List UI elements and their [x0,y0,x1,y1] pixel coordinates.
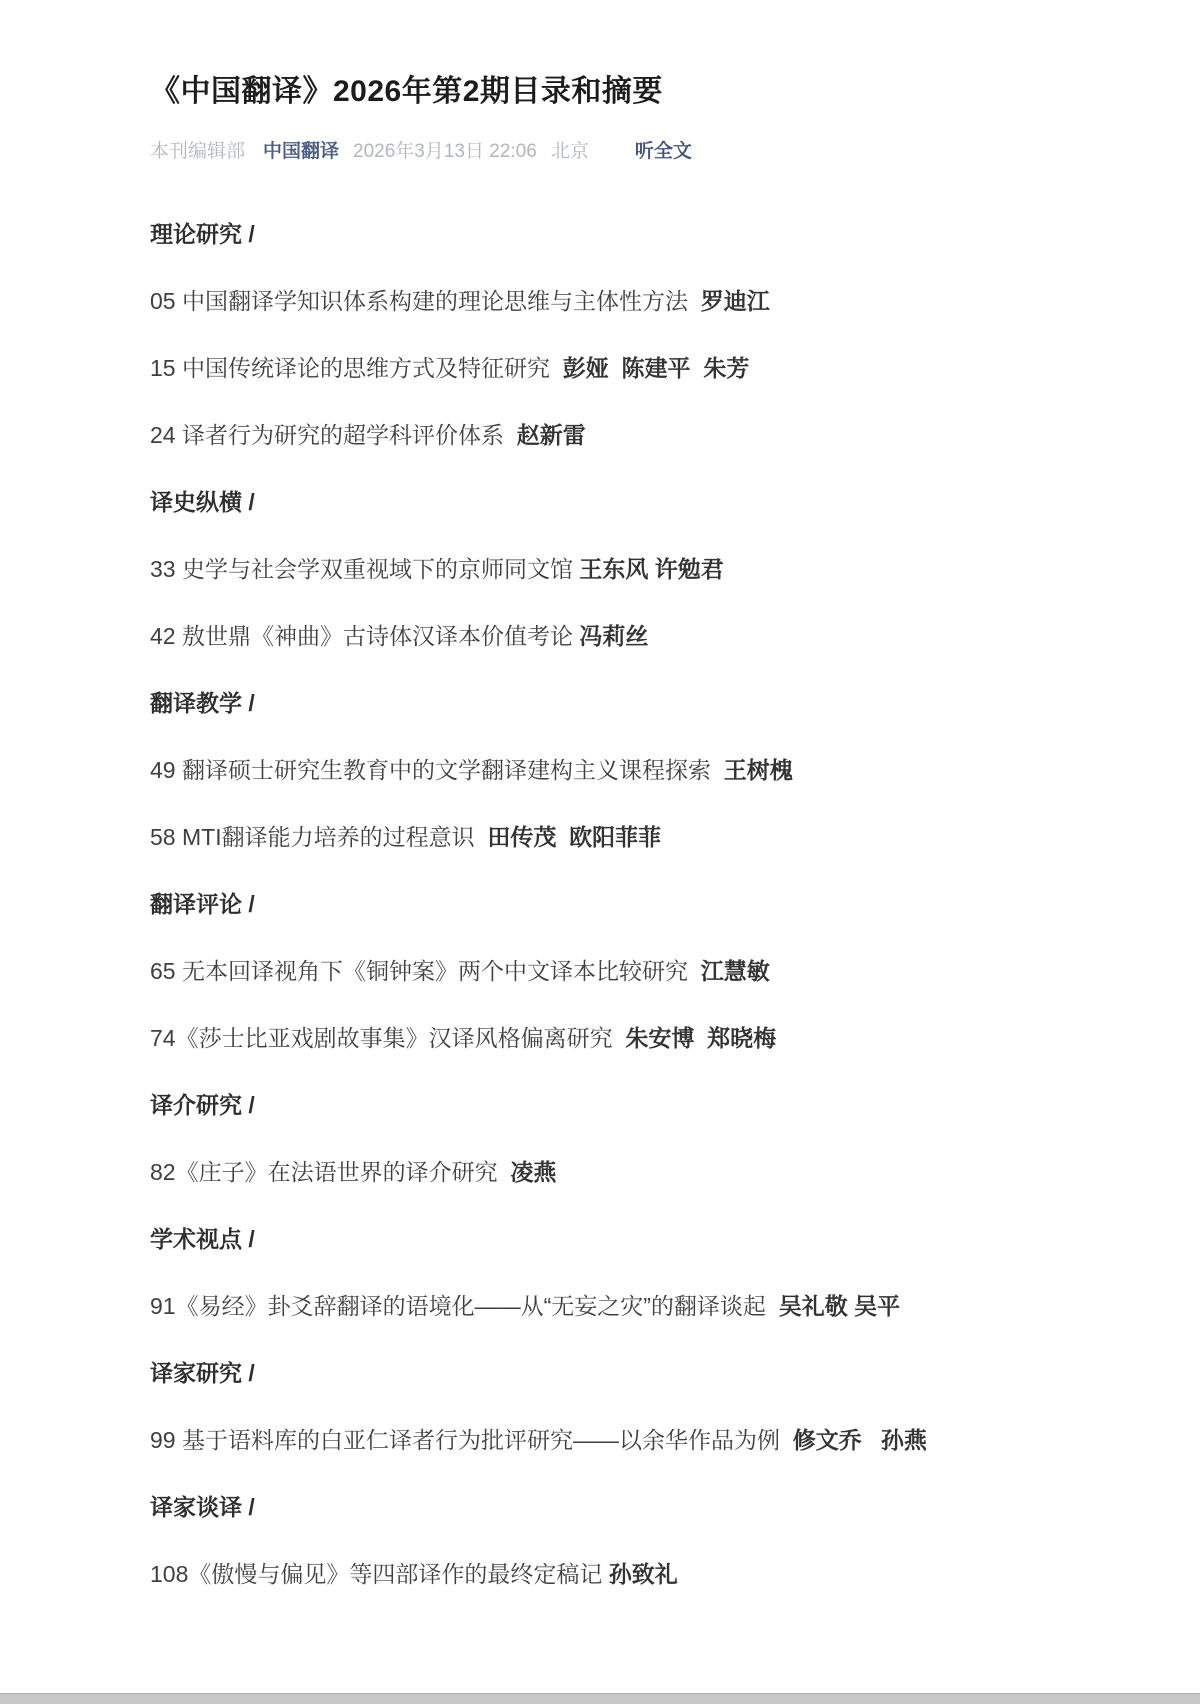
article-authors: 冯莉丝 [573,623,648,649]
section-header: 学术视点 / [150,1224,1050,1254]
toc-item: 74《莎士比亚戏剧故事集》汉译风格偏离研究 朱安博 郑晓梅 [150,1023,1050,1053]
toc-item: 82《庄子》在法语世界的译介研究 凌燕 [150,1157,1050,1187]
section-header: 译史纵横 / [150,487,1050,517]
author-name: 本刊编辑部 [150,141,245,162]
article-title: 无本回译视角下《铜钟案》两个中文译本比较研究 [176,958,688,984]
article-title: 史学与社会学双重视域下的京师同文馆 [176,556,573,582]
page-number: 108 [150,1561,188,1587]
page-number: 82 [150,1159,176,1185]
section-header: 译家谈译 / [150,1492,1050,1522]
page-number: 91 [150,1293,176,1319]
page-number: 24 [150,422,176,448]
article-title: 译者行为研究的超学科评价体系 [176,422,504,448]
article-title: 敖世鼎《神曲》古诗体汉译本价值考论 [176,623,573,649]
toc-item: 91《易经》卦爻辞翻译的语境化——从“无妄之灾”的翻译谈起 吴礼敬 吴平 [150,1291,1050,1321]
byline: 本刊编辑部中国翻译2026年3月13日 22:06北京听全文 [150,136,1050,163]
toc-item: 58 MTI翻译能力培养的过程意识 田传茂 欧阳菲菲 [150,822,1050,852]
toc-item: 65 无本回译视角下《铜钟案》两个中文译本比较研究 江慧敏 [150,956,1050,986]
official-account-link[interactable]: 中国翻译 [263,141,339,162]
page-number: 42 [150,623,176,649]
section-header: 译介研究 / [150,1090,1050,1120]
article-title: 《易经》卦爻辞翻译的语境化——从“无妄之灾”的翻译谈起 [176,1293,766,1319]
section-header: 翻译教学 / [150,688,1050,718]
article-content: 《中国翻译》2026年第2期目录和摘要 本刊编辑部中国翻译2026年3月13日 … [0,0,1200,1589]
article-title: 《傲慢与偏见》等四部译作的最终定稿记 [188,1561,602,1587]
article-title: 翻译硕士研究生教育中的文学翻译建构主义课程探索 [176,757,711,783]
page-number: 49 [150,757,176,783]
article-authors: 王树槐 [711,757,793,783]
toc-item: 15 中国传统译论的思维方式及特征研究 彭娅 陈建平 朱芳 [150,353,1050,383]
article-title: MTI翻译能力培养的过程意识 [176,824,475,850]
publish-datetime: 2026年3月13日 22:06 [353,141,537,162]
page-number: 99 [150,1427,176,1453]
page-title: 《中国翻译》2026年第2期目录和摘要 [150,74,1050,110]
page-number: 74 [150,1025,176,1051]
article-authors: 罗迪江 [688,288,770,314]
article-title: 中国翻译学知识体系构建的理论思维与主体性方法 [176,288,688,314]
publish-location: 北京 [551,141,589,162]
article-title: 中国传统译论的思维方式及特征研究 [176,355,550,381]
toc-item: 99 基于语料库的白亚仁译者行为批评研究——以余华作品为例 修文乔 孙燕 [150,1425,1050,1455]
toc-item: 24 译者行为研究的超学科评价体系 赵新雷 [150,420,1050,450]
article-authors: 赵新雷 [504,422,586,448]
article-title: 基于语料库的白亚仁译者行为批评研究——以余华作品为例 [176,1427,780,1453]
article-authors: 彭娅 陈建平 朱芳 [550,355,749,381]
page-number: 05 [150,288,176,314]
article-authors: 吴礼敬 吴平 [766,1293,900,1319]
article-title: 《庄子》在法语世界的译介研究 [176,1159,498,1185]
section-header: 翻译评论 / [150,889,1050,919]
article-authors: 朱安博 郑晓梅 [613,1025,777,1051]
toc-item: 108《傲慢与偏见》等四部译作的最终定稿记 孙致礼 [150,1559,1050,1589]
toc-item: 42 敖世鼎《神曲》古诗体汉译本价值考论 冯莉丝 [150,621,1050,651]
listen-full-text-button[interactable]: 听全文 [635,141,692,162]
page-number: 65 [150,958,176,984]
article-title: 《莎士比亚戏剧故事集》汉译风格偏离研究 [176,1025,613,1051]
bottom-edge-bar [0,1693,1200,1704]
page-number: 58 [150,824,176,850]
page-number: 15 [150,355,176,381]
article-authors: 王东风 许勉君 [573,556,724,582]
article-authors: 江慧敏 [688,958,770,984]
toc-item: 05 中国翻译学知识体系构建的理论思维与主体性方法 罗迪江 [150,286,1050,316]
article-authors: 田传茂 欧阳菲菲 [475,824,662,850]
toc-item: 33 史学与社会学双重视域下的京师同文馆 王东风 许勉君 [150,554,1050,584]
article-authors: 修文乔 孙燕 [780,1427,927,1453]
article-authors: 孙致礼 [602,1561,677,1587]
article-authors: 凌燕 [498,1159,557,1185]
page-number: 33 [150,556,176,582]
toc-item: 49 翻译硕士研究生教育中的文学翻译建构主义课程探索 王树槐 [150,755,1050,785]
section-header: 理论研究 / [150,219,1050,249]
section-header: 译家研究 / [150,1358,1050,1388]
